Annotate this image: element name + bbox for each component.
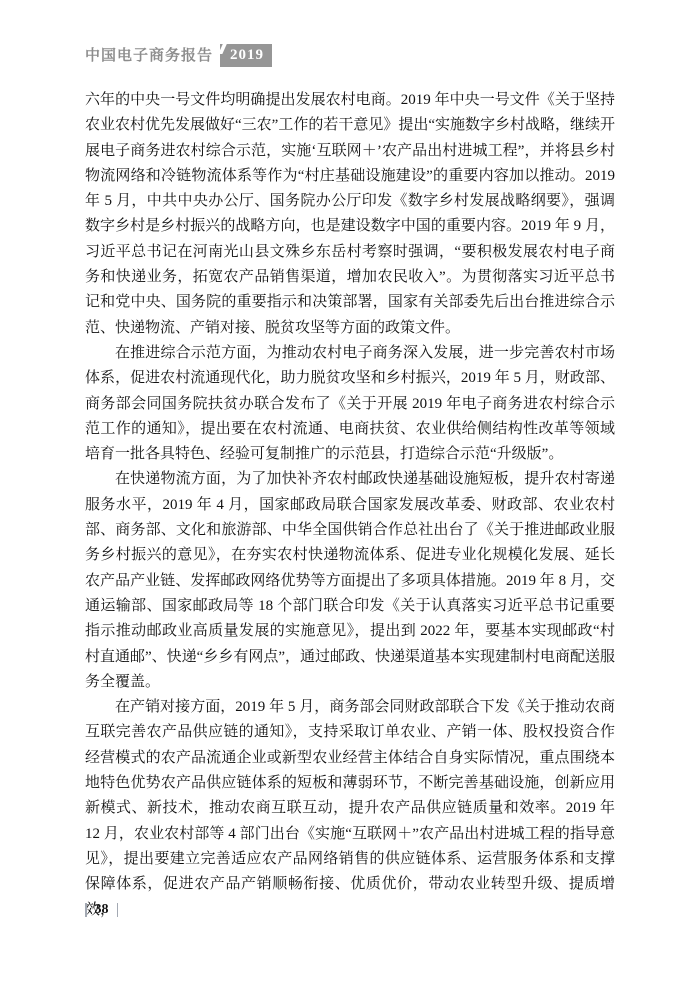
- paragraph-2: 在推进综合示范方面，为推动农村电子商务深入发展，进一步完善农村市场体系，促进农村…: [85, 341, 615, 467]
- page-header: 中国电子商务报告 2019: [85, 44, 272, 67]
- year-badge: 2019: [220, 44, 272, 67]
- paragraph-1: 六年的中央一号文件均明确提出发展农村电商。2019 年中央一号文件《关于坚持农业…: [85, 88, 615, 341]
- document-page: 中国电子商务报告 2019 六年的中央一号文件均明确提出发展农村电商。2019 …: [0, 0, 699, 982]
- footer-left-bar: [85, 903, 87, 917]
- page-number: 38: [95, 902, 109, 918]
- body-text: 六年的中央一号文件均明确提出发展农村电商。2019 年中央一号文件《关于坚持农业…: [85, 88, 615, 923]
- footer-right-bar: [117, 903, 119, 917]
- report-title: 中国电子商务报告: [85, 46, 213, 66]
- paragraph-4: 在产销对接方面，2019 年 5 月，商务部会同财政部联合下发《关于推动农商互联…: [85, 695, 615, 923]
- page-footer: 38: [85, 901, 118, 919]
- paragraph-3: 在快递物流方面，为了加快补齐农村邮政快递基础设施短板，提升农村寄递服务水平，20…: [85, 467, 615, 695]
